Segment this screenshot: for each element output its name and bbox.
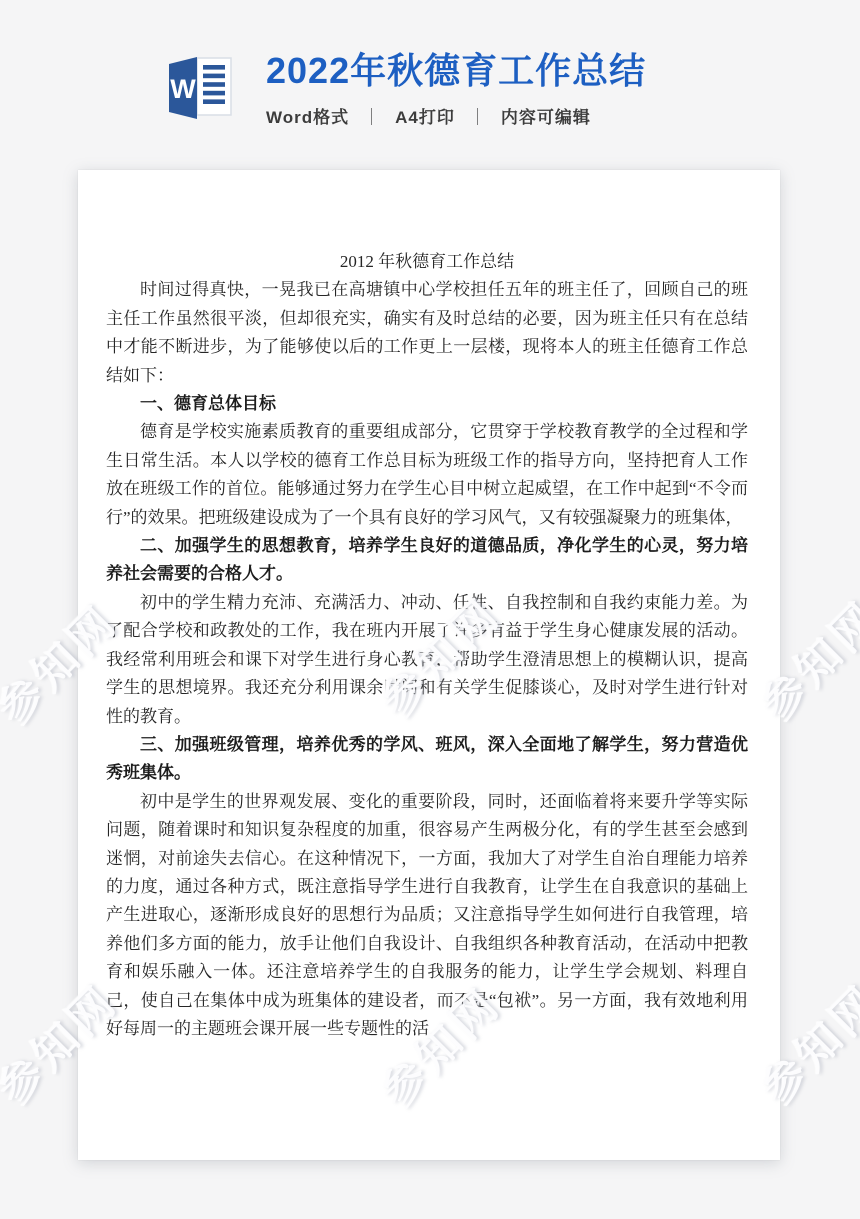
doc-format-meta: Word格式｜A4打印｜内容可编辑	[266, 103, 646, 128]
meta-a4-print: A4打印	[395, 108, 455, 127]
meta-separator: ｜	[363, 108, 381, 127]
section-heading: 一、德育总体目标	[106, 390, 748, 418]
section-heading: 三、加强班级管理，培养优秀的学风、班风，深入全面地了解学生，努力营造优秀班集体。	[106, 731, 748, 788]
section-heading: 二、加强学生的思想教育，培养学生良好的道德品质，净化学生的心灵，努力培养社会需要…	[106, 532, 748, 589]
svg-text:W: W	[170, 74, 196, 104]
meta-editable: 内容可编辑	[501, 108, 591, 127]
body-paragraph: 德育是学校实施素质教育的重要组成部分，它贯穿于学校教育教学的全过程和学生日常生活…	[106, 418, 748, 532]
meta-word-format: Word格式	[266, 108, 349, 127]
body-paragraph: 初中是学生的世界观发展、变化的重要阶段，同时，还面临着将来要升学等实际问题，随着…	[106, 788, 748, 1044]
page-title: 2022年秋德育工作总结	[266, 50, 646, 91]
body-paragraph: 时间过得真快，一晃我已在高塘镇中心学校担任五年的班主任了，回顾自己的班主任工作虽…	[106, 276, 748, 390]
body-paragraph: 初中的学生精力充沛、充满活力、冲动、任性、自我控制和自我约束能力差。为了配合学校…	[106, 589, 748, 731]
page-header: W 2022年秋德育工作总结 Word格式｜A4打印｜内容可编辑	[160, 50, 646, 129]
doc-content: 2012 年秋德育工作总结时间过得真快，一晃我已在高塘镇中心学校担任五年的班主任…	[106, 248, 748, 1043]
document-title: 2012 年秋德育工作总结	[106, 248, 748, 276]
word-icon: W	[160, 52, 236, 129]
meta-separator: ｜	[469, 108, 487, 127]
document-page: 2012 年秋德育工作总结时间过得真快，一晃我已在高塘镇中心学校担任五年的班主任…	[78, 170, 780, 1160]
